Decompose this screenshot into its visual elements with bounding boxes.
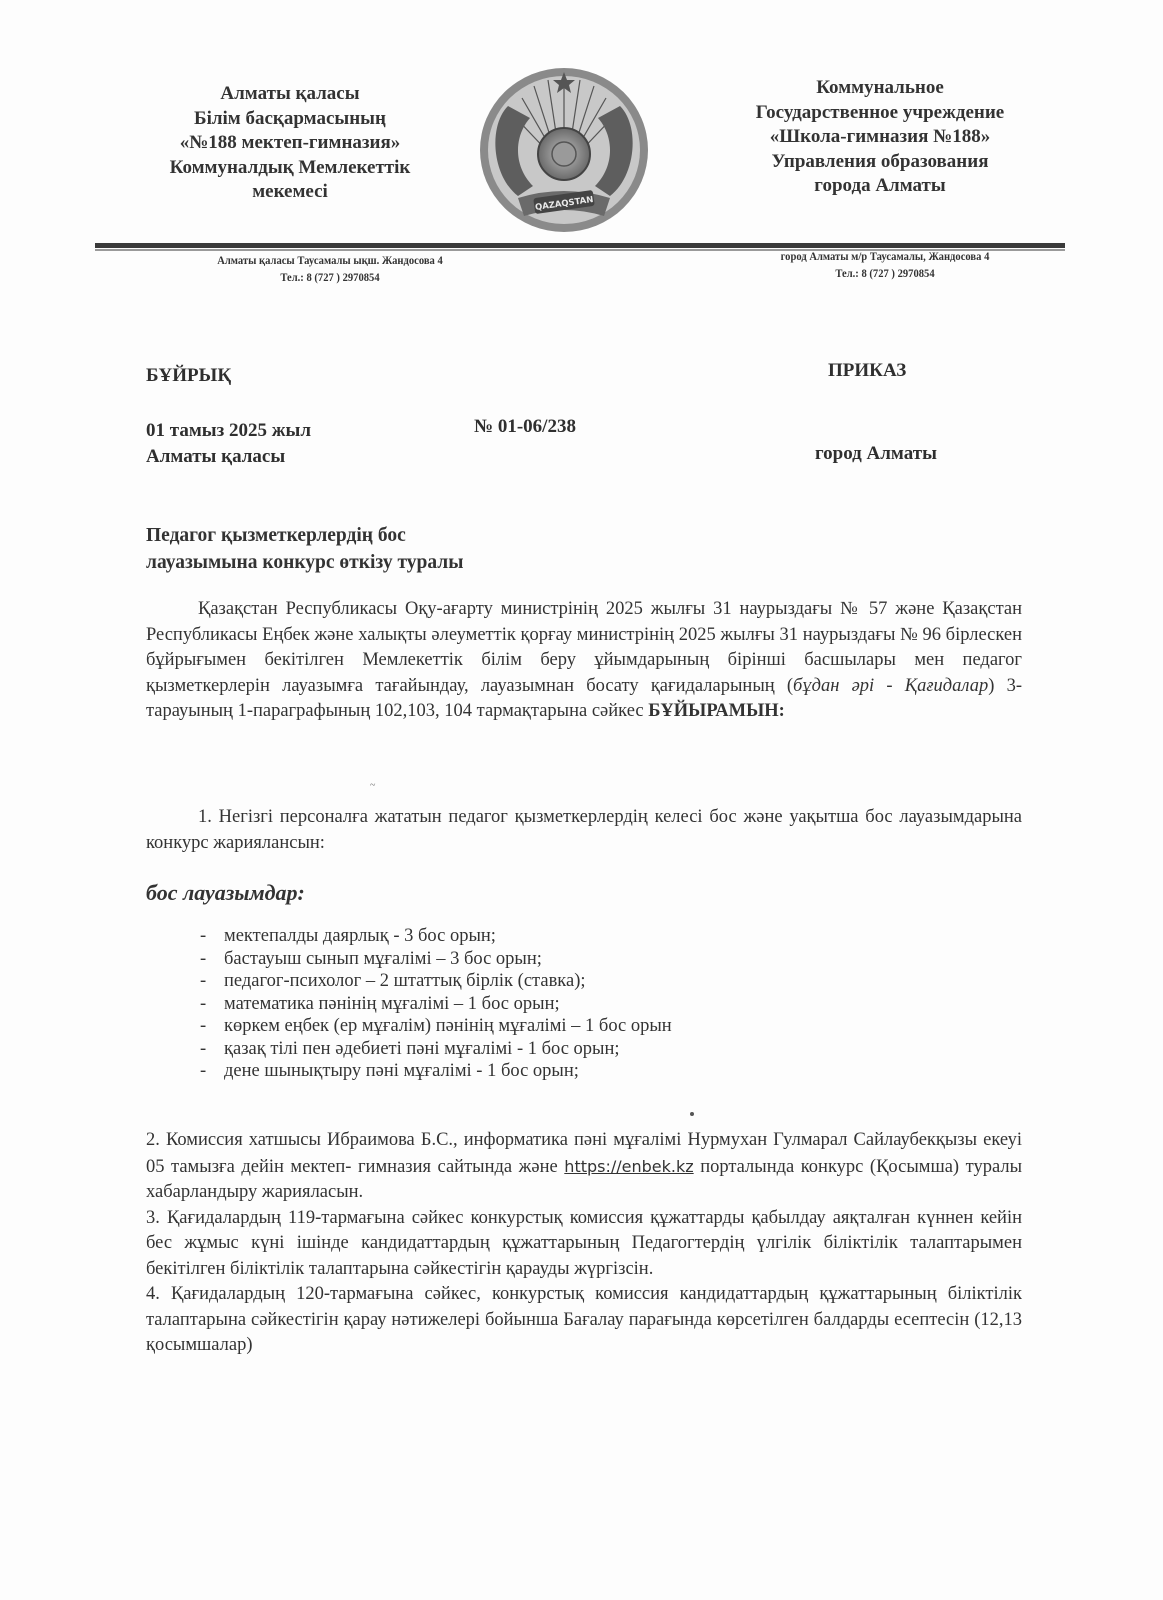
enbek-link[interactable]: https://enbek.kz [564,1157,693,1176]
order-items: 2. Комиссия хатшысы Ибраимова Б.С., инфо… [146,1128,1022,1359]
header-right-line: «Школа-гимназия №188» [720,125,1040,150]
subject-line: лауазымына конкурс өткізу туралы [146,549,463,576]
state-emblem-icon: QAZAQSTAN [478,66,650,234]
order-title-ru: ПРИКАЗ [828,360,906,382]
address-left-line: Алматы қаласы Таусамалы ықш. Жандосова 4 [164,253,495,270]
vacancy-item: -бастауыш сынып мұғалімі – 3 бос орын; [200,948,672,971]
order-city-ru: город Алматы [815,443,937,465]
intro-paragraph: Қазақстан Республикасы Оқу-ағарту минист… [146,597,1022,725]
vacancy-item: -көркем еңбек (ер мұғалім) пәнінің мұғал… [200,1015,672,1038]
scan-dot [690,1112,694,1116]
vacancies-heading: бос лауазымдар: [146,880,305,906]
item-1: 1. Негізгі персоналға жататын педагог қы… [146,805,1022,856]
order-number: № 01-06/238 [474,416,576,438]
header-left-line: «№188 мектеп-гимназия» [140,131,440,156]
address-right: город Алматы м/р Таусамалы, Жандосова 4 … [733,249,1037,283]
order-date: 01 тамыз 2025 жыл [146,420,311,442]
phone-left: Тел.: 8 (727 ) 2970854 [164,270,495,287]
header-right-line: Управления образования [720,150,1040,175]
vacancy-item: -математика пәнінің мұғалімі – 1 бос оры… [200,993,672,1016]
header-left-org: Алматы қаласы Білім басқармасының «№188 … [140,82,440,205]
scan-mark: ~ [370,780,375,791]
header-right-line: Коммунальное [720,76,1040,101]
header-left-line: мекемесі [140,180,440,205]
order-subject: Педагог қызметкерлердің бос лауазымына к… [146,522,463,576]
header-right-org: Коммунальное Государственное учреждение … [720,76,1040,199]
header-left-line: Коммуналдық Мемлекеттік [140,156,440,181]
address-left: Алматы қаласы Таусамалы ықш. Жандосова 4… [164,253,495,287]
vacancies-list: -мектепалды даярлық - 3 бос орын; -баста… [200,925,672,1083]
address-right-line: город Алматы м/р Таусамалы, Жандосова 4 [733,249,1037,266]
vacancy-item: -педагог-психолог – 2 штаттық бірлік (ст… [200,970,672,993]
intro-italic: бұдан әрі - Қағидалар [793,676,988,696]
order-city-kz: Алматы қаласы [146,446,285,468]
header-right-line: города Алматы [720,174,1040,199]
order-directive: БҰЙЫРАМЫН: [648,701,785,721]
item-3: 3. Қағидалардың 119-тармағына сәйкес кон… [146,1206,1022,1283]
order-title-kz: БҰЙРЫҚ [146,365,231,387]
item-2: 2. Комиссия хатшысы Ибраимова Б.С., инфо… [146,1128,1022,1206]
vacancy-item: -мектепалды даярлық - 3 бос орын; [200,925,672,948]
vacancy-item: -қазақ тілі пен әдебиеті пәні мұғалімі -… [200,1038,672,1061]
header-left-line: Алматы қаласы [140,82,440,107]
subject-line: Педагог қызметкерлердің бос [146,522,463,549]
header-divider [95,243,1065,248]
header-right-line: Государственное учреждение [720,101,1040,126]
item-4: 4. Қағидалардың 120-тармағына сәйкес, ко… [146,1282,1022,1359]
vacancy-item: -дене шынықтыру пәні мұғалімі - 1 бос ор… [200,1060,672,1083]
header-left-line: Білім басқармасының [140,107,440,132]
phone-right: Тел.: 8 (727 ) 2970854 [733,266,1037,283]
